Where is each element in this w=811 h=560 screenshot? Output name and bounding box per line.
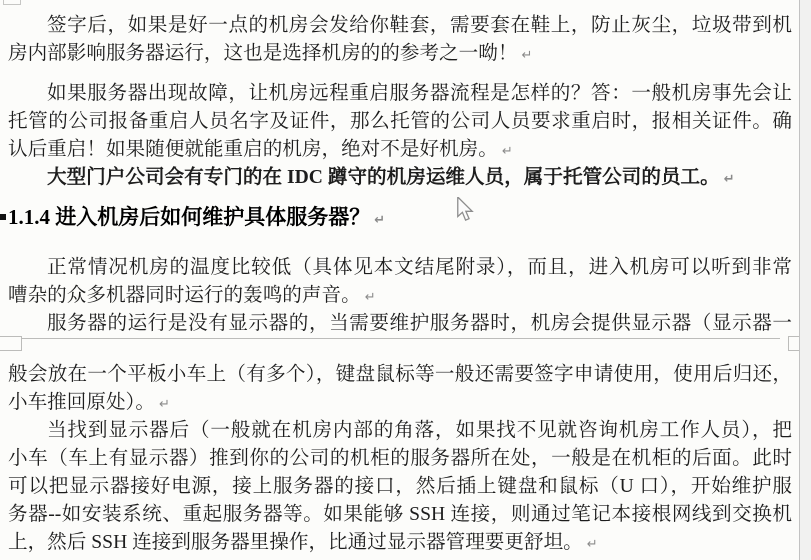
heading-bullet-icon — [0, 214, 6, 220]
line-text: 认后重启！如果随便就能重启的机房，绝对不是好机房。 — [8, 139, 498, 160]
paragraph: 签字后，如果是好一点的机房会发给你鞋套，需要套在鞋上，防止灰尘，垃圾带到机 房内… — [8, 12, 792, 68]
paragraph-mark: ↵ — [724, 172, 735, 187]
text-line[interactable]: 服务器的运行是没有显示器的，当需要维护服务器时，机房会提供显示器（显示器一 — [8, 310, 792, 338]
text-line[interactable]: 上，然后 SSH 连接到服务器里操作，比通过显示器管理要更舒坦。↵ — [8, 529, 792, 557]
paragraph-mark: ↵ — [502, 144, 513, 159]
paragraph-mark: ↵ — [365, 290, 376, 305]
paragraph: 大型门户公司会有专门的在 IDC 蹲守的机房运维人员，属于托管公司的员工。↵ — [8, 164, 792, 192]
text-line[interactable]: 如果服务器出现故障，让机房远程重启服务器流程是怎样的？答：一般机房事先会让 — [8, 80, 792, 108]
text-line[interactable]: 小车（车上有显示器）推到你的公司的机柜的服务器所在处，一般是在机柜的后面。此时 — [8, 445, 792, 473]
paragraph-mark: ↵ — [521, 48, 532, 63]
line-text: 房内部影响服务器运行，这也是选择机房的的参考之一呦！ — [8, 43, 517, 64]
text-line[interactable]: 嘈杂的众多机器同时运行的轰鸣的声音。↵ — [8, 282, 792, 310]
paragraph-mark: ↵ — [159, 397, 170, 412]
text-line[interactable]: 当找到显示器后（一般就在机房内部的角落，如果找不见就咨询机房工作人员），把 — [8, 417, 792, 445]
paragraph-mark: ↵ — [587, 537, 598, 552]
line-text: 上，然后 SSH 连接到服务器里操作，比通过显示器管理要更舒坦。 — [8, 532, 583, 553]
paragraph: 如果服务器出现故障，让机房远程重启服务器流程是怎样的？答：一般机房事先会让 托管… — [8, 80, 792, 164]
line-text: 嘈杂的众多机器同时运行的轰鸣的声音。 — [8, 285, 361, 306]
text-line[interactable]: 认后重启！如果随便就能重启的机房，绝对不是好机房。↵ — [8, 136, 792, 164]
text-line[interactable]: 般会放在一个平板小车上（有多个），键盘鼠标等一般还需要签字申请使用，使用后归还， — [8, 361, 792, 389]
paragraph: 般会放在一个平板小车上（有多个），键盘鼠标等一般还需要签字申请使用，使用后归还，… — [8, 361, 792, 417]
line-text: 大型门户公司会有专门的在 IDC 蹲守的机房运维人员，属于托管公司的员工。 — [47, 167, 720, 188]
page-break-line — [14, 338, 780, 339]
document-canvas[interactable]: 签字后，如果是好一点的机房会发给你鞋套，需要套在鞋上，防止灰尘，垃圾带到机 房内… — [0, 0, 800, 557]
paragraph: 当找到显示器后（一般就在机房内部的角落，如果找不见就咨询机房工作人员），把 小车… — [8, 417, 792, 557]
text-line[interactable]: 托管的公司报备重启人员名字及证件，那么托管的公司人员要求重启时，报相关证件。确 — [8, 108, 792, 136]
text-line[interactable]: 小车推回原处）。↵ — [8, 389, 792, 417]
heading-1-1-4[interactable]: 1.1.4 进入机房后如何维护具体服务器？↵ — [8, 202, 792, 236]
text-line[interactable]: 可以把显示器接好电源，接上服务器的接口，然后插上键盘和鼠标（U 口），开始维护服 — [8, 473, 792, 501]
text-line[interactable]: 大型门户公司会有专门的在 IDC 蹲守的机房运维人员，属于托管公司的员工。↵ — [8, 164, 792, 192]
paragraph: 服务器的运行是没有显示器的，当需要维护服务器时，机房会提供显示器（显示器一 — [8, 310, 792, 338]
page-break-corner-left — [0, 336, 22, 351]
text-line[interactable]: 签字后，如果是好一点的机房会发给你鞋套，需要套在鞋上，防止灰尘，垃圾带到机 — [8, 12, 792, 40]
line-text: 小车推回原处）。 — [8, 392, 155, 413]
page: 签字后，如果是好一点的机房会发给你鞋套，需要套在鞋上，防止灰尘，垃圾带到机 房内… — [0, 0, 811, 560]
text-line[interactable]: 正常情况机房的温度比较低（具体见本文结尾附录），而且，进入机房可以听到非常 — [8, 254, 792, 282]
text-line[interactable]: 房内部影响服务器运行，这也是选择机房的的参考之一呦！↵ — [8, 40, 792, 68]
paragraph-mark: ↵ — [374, 213, 385, 228]
page-gutter — [800, 0, 811, 560]
page-break-separator — [8, 338, 792, 361]
text-line[interactable]: 务器--如安装系统、重起服务器等。如果能够 SSH 连接，则通过笔记本接根网线到… — [8, 501, 792, 529]
heading-text: 1.1.4 进入机房后如何维护具体服务器？ — [8, 205, 370, 229]
paragraph: 正常情况机房的温度比较低（具体见本文结尾附录），而且，进入机房可以听到非常 嘈杂… — [8, 254, 792, 310]
